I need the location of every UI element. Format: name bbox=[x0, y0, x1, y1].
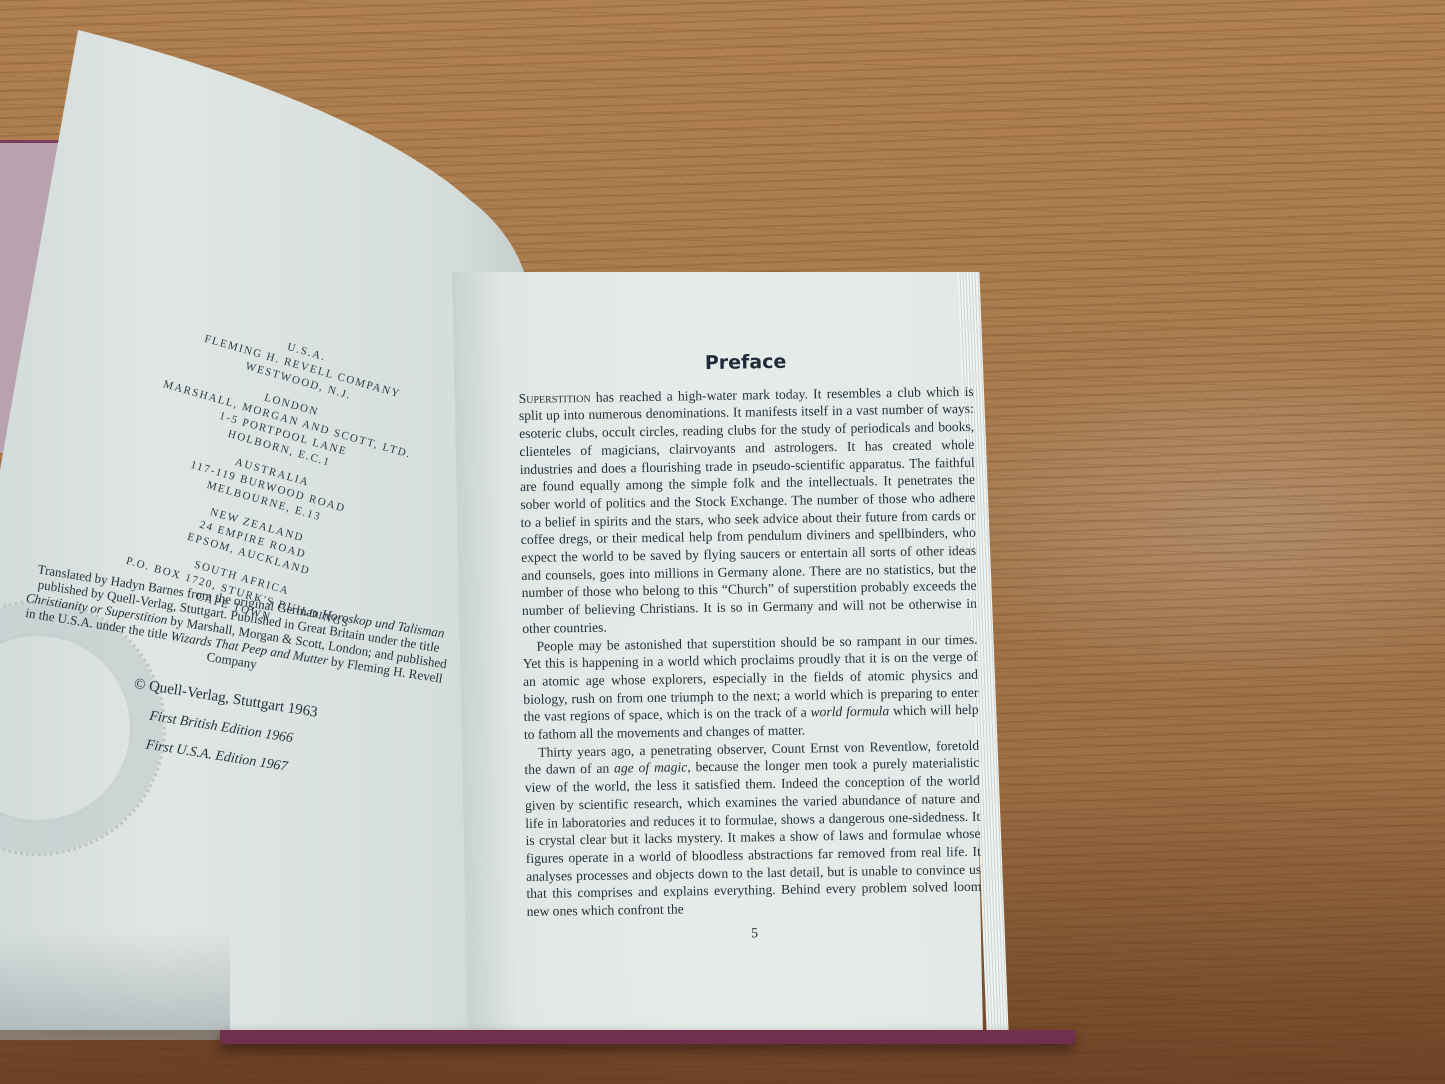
paragraph-2: People may be astonished that superstiti… bbox=[522, 630, 979, 743]
preface-text: Preface Superstition has reached a high-… bbox=[518, 351, 982, 947]
book-cover-bottom bbox=[220, 1030, 1075, 1044]
page-shadow bbox=[0, 930, 230, 1040]
paragraph-3: Thirty years ago, a penetrating observer… bbox=[524, 737, 982, 921]
paragraph-1: Superstition has reached a high-water ma… bbox=[518, 383, 977, 638]
